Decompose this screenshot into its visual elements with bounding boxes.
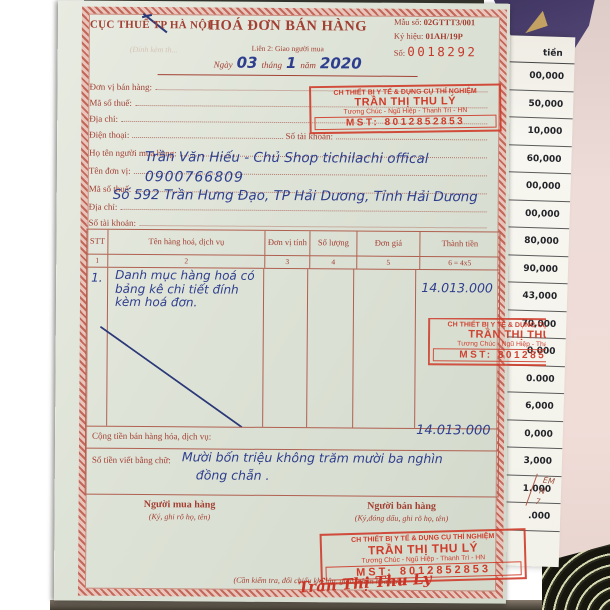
photo-of-invoice: tiền 00,00050,00010,00060,00000,00000,00… (0, 0, 610, 610)
table-column-number: 6 = 4x5 (419, 256, 499, 270)
seller-stamp-top: CH THIẾT BỊ Y TẾ & DỤNG CỤ THÍ NGHIỆM TR… (309, 84, 502, 135)
cancellation-strike-line (100, 326, 243, 428)
date-word-ngay: Ngày (214, 60, 233, 70)
date-day-value: 03 (237, 54, 258, 72)
buyer-address-handwritten: Số 592 Trần Hưng Đạo, TP Hải Dương, Tỉnh… (113, 187, 523, 206)
invoice-number: 0018292 (407, 44, 477, 59)
row-amount-handwritten: 14.013.000 (419, 280, 495, 296)
table-header-cell: Đơn giá (356, 232, 419, 256)
total-amount-handwritten: 14.013.000 (416, 423, 491, 439)
form-number: 02GTTT3/001 (424, 17, 476, 27)
buyer-phone-handwritten: 0900766809 (145, 169, 244, 186)
amount-words-line1: Mười bốn triệu không trăm mười ba nghìn (182, 449, 502, 466)
form-number-row: Mẫu số: 02GTTT3/001 (394, 17, 506, 28)
buyer-signature-block: Người mua hàng (Ký, ghi rõ họ, tên) (94, 499, 264, 522)
date-month-value: 1 (286, 54, 297, 72)
date-year-value: 2020 (320, 54, 362, 72)
total-row: Cộng tiền bán hàng hóa, dịch vụ: 14.013.… (86, 426, 498, 451)
stamp-mst-line: MST: 8012852853 (314, 115, 496, 131)
table-header-cell: Tên hàng hoá, dịch vụ (107, 230, 264, 255)
serial-row: Ký hiệu: 01AH/19P (394, 31, 506, 42)
serial-code: 01AH/19P (425, 31, 462, 41)
table-column-number: 1 (87, 254, 107, 267)
table-header-cell: Số lượng (309, 231, 356, 255)
invoice-title: HOÁ ĐƠN BÁN HÀNG (168, 17, 408, 36)
table-header-cell: Thành tiền (419, 232, 499, 257)
date-word-thang: tháng (261, 60, 282, 70)
table-header-cell: Đơn vị tính (264, 231, 309, 255)
stamp-mst-line: MST: 8012852853 (433, 348, 546, 363)
row-description-handwritten: Danh mục hàng hoá có bảng kê chi tiết đí… (115, 269, 265, 311)
amount-words-line2: đồng chẵn . (196, 467, 270, 483)
table-column-number: 5 (356, 256, 419, 269)
amount-in-words-row: Số tiền viết bằng chữ: Mười bốn triệu kh… (86, 448, 498, 497)
seller-stamp-middle-clip: CH THIẾT BỊ Y TẾ & DỤNG CỤ THÍ NGHIỆM TR… (428, 318, 546, 394)
table-column-number: 2 (107, 254, 264, 268)
table-column-number: 3 (264, 255, 309, 268)
invoice-date-line: Ngày 03 tháng 1 năm 2020 (158, 53, 418, 77)
invoice-meta-block: Mẫu số: 02GTTT3/001 Ký hiệu: 01AH/19P Số… (394, 17, 506, 60)
buyer-unit-handwritten: Trần Văn Hiếu - Chủ Shop tichilachi offi… (145, 149, 505, 168)
table-column-number: 4 (309, 255, 356, 268)
invoice-number-row: Số: 0018292 (394, 44, 506, 60)
copy-note: Liên 2: Giao người mua (168, 43, 408, 54)
seller-signature-block: Người bán hàng (Ký,đóng dấu, ghi rõ họ, … (316, 500, 486, 523)
seller-stamp-middle: CH THIẾT BỊ Y TẾ & DỤNG CỤ THÍ NGHIỆM TR… (428, 318, 546, 367)
row-stt-handwritten: 1. (91, 271, 103, 285)
table-header-cell: STT (87, 230, 107, 254)
invoice-paper: CỤC THUẾ TP HÀ NỘI HOÁ ĐƠN BÁN HÀNG (Đín… (54, 0, 510, 603)
table-header-row: STTTên hàng hoá, dịch vụĐơn vị tínhSố lư… (87, 230, 499, 257)
date-word-nam: năm (300, 60, 316, 70)
